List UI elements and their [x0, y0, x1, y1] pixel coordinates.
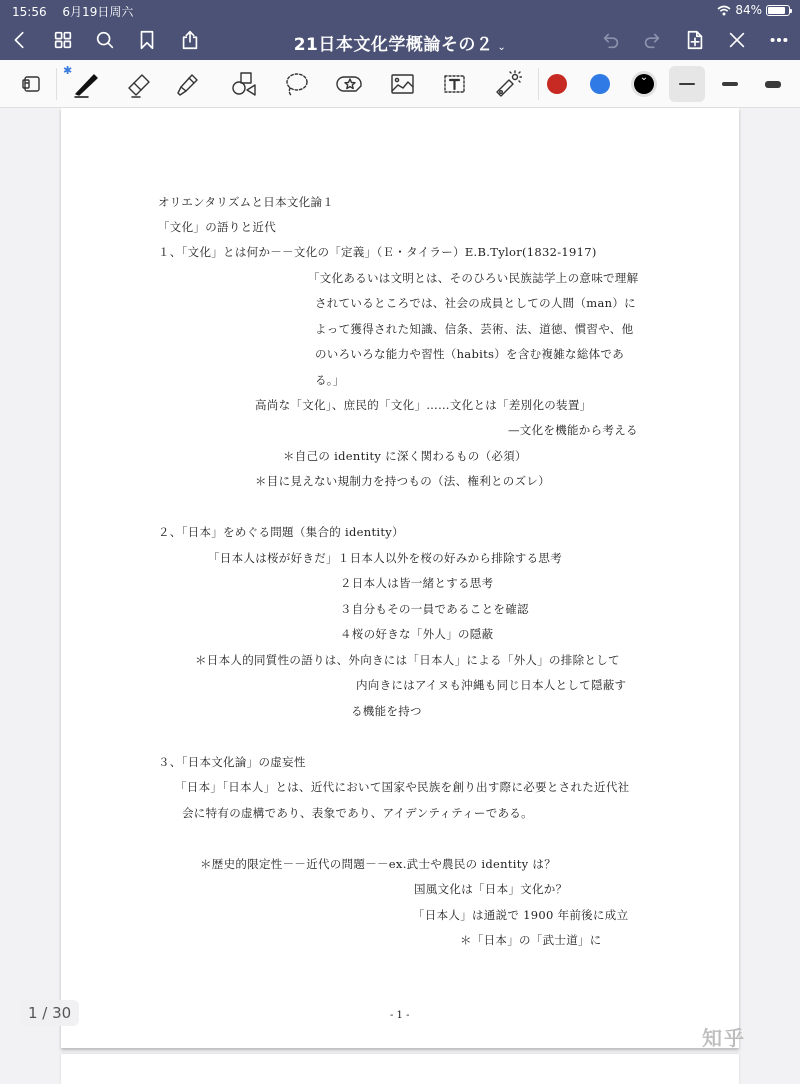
document-line: る機能を持つ: [351, 703, 422, 719]
pen-tool[interactable]: [67, 68, 103, 100]
document-title: 21日本文化学概論その２: [294, 35, 494, 55]
page-number-footer: - 1 -: [390, 1010, 409, 1021]
document-line: 「日本」「日本人」とは、近代において国家や民族を創り出す際に必要とされた近代社: [175, 779, 629, 795]
color-swatch-black-selected[interactable]: [634, 74, 654, 94]
page-indicator: 1 / 30: [20, 1000, 79, 1026]
document-line: 会に特有の虚構であり、表象であり、アイデンティティーである。: [182, 805, 533, 821]
document-line: オリエンタリズムと日本文化論１: [158, 194, 334, 210]
sticker-tool[interactable]: [331, 68, 367, 100]
shapes-tool[interactable]: [225, 68, 261, 100]
stroke-thin-selected[interactable]: [669, 66, 705, 102]
document-canvas[interactable]: オリエンタリズムと日本文化論１「文化」の語りと近代１、「文化」とは何か－－文化の…: [0, 108, 800, 1066]
add-page-button[interactable]: [681, 26, 709, 54]
pen-close-icon: [726, 29, 748, 51]
pen-icon: [70, 69, 100, 99]
document-line: されているところでは、社会の成員としての人間（man）に: [315, 295, 636, 311]
battery-icon: [766, 5, 790, 16]
watermark: 知乎: [702, 1022, 746, 1051]
document-page[interactable]: オリエンタリズムと日本文化論１「文化」の語りと近代１、「文化」とは何か－－文化の…: [61, 108, 739, 1048]
document-line: 「文化あるいは文明とは、そのひろい民族誌学上の意味で理解: [308, 270, 638, 286]
lasso-tool[interactable]: [278, 68, 314, 100]
document-line: ３自分もその一員であることを確認: [340, 601, 529, 617]
more-button[interactable]: [765, 26, 793, 54]
chevron-down-icon: ⌄: [497, 42, 506, 53]
document-line: ３、「日本文化論」の虚妄性: [158, 754, 306, 770]
shapes-icon: [228, 69, 258, 99]
image-tool[interactable]: [384, 68, 420, 100]
document-line: 「文化」の語りと近代: [158, 219, 276, 235]
document-line: ＊自己の identity に深く関わるもの（必須）: [283, 448, 527, 464]
highlighter-tool[interactable]: [169, 68, 205, 100]
eraser-icon: [124, 69, 154, 99]
stroke-thick[interactable]: [755, 66, 791, 102]
top-bar: 15:56 6月19日周六 84% 21日本文化学概論その２⌄: [0, 0, 800, 60]
lasso-icon: [281, 69, 311, 99]
document-line: ２、「日本」をめぐる問題（集合的 identity）: [158, 524, 404, 540]
document-line: ４桜の好きな「外人」の隠蔽: [340, 626, 493, 642]
redo-button[interactable]: [638, 26, 666, 54]
document-line: —文化を機能から考える: [508, 422, 638, 438]
status-date: 6月19日周六: [62, 5, 133, 19]
battery-percent: 84%: [735, 3, 762, 17]
toolbar-divider: [538, 68, 539, 100]
document-line: １、「文化」とは何か－－文化の「定義」（Ｅ・タイラー）E.B.Tylor(183…: [158, 244, 597, 260]
next-document-page[interactable]: [61, 1054, 739, 1066]
document-line: よって獲得された知識、信条、芸術、法、道徳、慣習や、他: [315, 321, 633, 337]
document-line: のいろいろな能力や習性（habits）を含む複雑な総体であ: [315, 346, 624, 362]
laser-pointer-tool[interactable]: [489, 68, 525, 100]
document-line: ２日本人は皆一緒とする思考: [340, 575, 493, 591]
document-line: ＊歴史的限定性－－近代の問題－－ex.武士や農民の identity は？: [200, 856, 556, 872]
color-swatch-red[interactable]: [547, 74, 567, 94]
sticker-icon: [334, 69, 364, 99]
close-pen-button[interactable]: [723, 26, 751, 54]
color-swatch-blue[interactable]: [590, 74, 610, 94]
document-line: ＊「日本」の「武士道」に: [460, 932, 602, 948]
stroke-medium[interactable]: [712, 66, 748, 102]
status-bar: 15:56 6月19日周六 84%: [0, 0, 800, 20]
laser-pointer-icon: [492, 69, 522, 99]
eraser-tool[interactable]: [121, 68, 157, 100]
read-mode-tool[interactable]: [13, 68, 49, 100]
navigation-bar: 21日本文化学概論その２⌄: [0, 22, 800, 58]
document-line: ＊日本人的同質性の語りは、外向きには「日本人」による「外人」の排除として: [195, 652, 620, 668]
document-line: 内向きにはアイヌも沖縄も同じ日本人として隠蔽す: [356, 677, 626, 693]
add-page-icon: [684, 29, 706, 51]
highlighter-icon: [172, 69, 202, 99]
status-time: 15:56: [12, 5, 47, 19]
undo-button[interactable]: [597, 26, 625, 54]
document-line: 「日本人」は通説で 1900 年前後に成立: [413, 907, 628, 923]
more-icon: [768, 29, 790, 51]
wifi-icon: [717, 5, 731, 16]
text-box-icon: [439, 69, 469, 99]
document-title-dropdown[interactable]: 21日本文化学概論その２⌄: [0, 30, 800, 55]
toolbar-divider: [56, 68, 57, 100]
annotation-toolbar: ✱: [0, 60, 800, 108]
document-line: ＊目に見えない規制力を持つもの（法、権利とのズレ）: [255, 473, 550, 489]
document-line: る。」: [315, 372, 345, 388]
text-tool[interactable]: [436, 68, 472, 100]
redo-icon: [641, 29, 663, 51]
document-line: 高尚な「文化」、庶民的「文化」……文化とは「差別化の装置」: [255, 397, 591, 413]
undo-icon: [600, 29, 622, 51]
document-line: 「日本人は桜が好きだ」１日本人以外を桜の好みから排除する思考: [208, 550, 562, 566]
document-line: 国風文化は「日本」文化か？: [414, 881, 567, 897]
read-mode-icon: [16, 69, 46, 99]
image-icon: [387, 69, 417, 99]
